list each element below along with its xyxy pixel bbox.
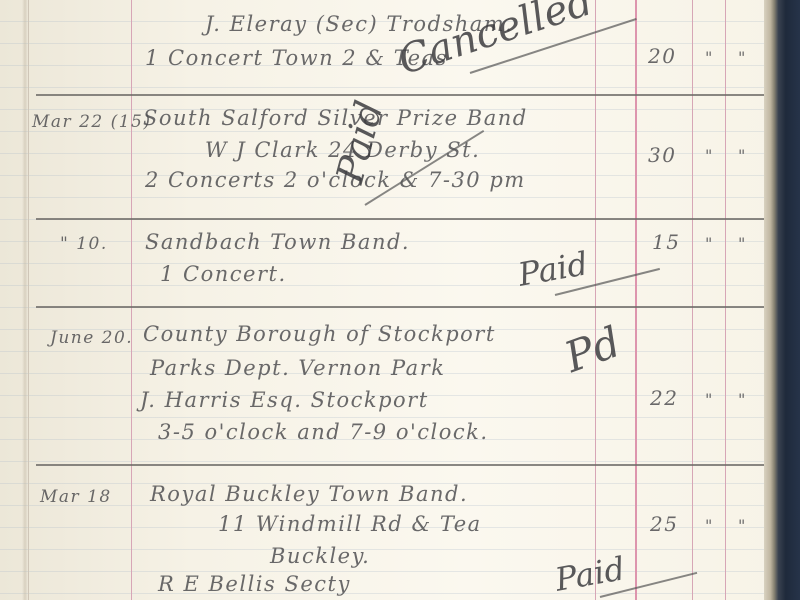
entry-line: J. Harris Esq. Stockport bbox=[140, 388, 429, 412]
shillings-column-rule bbox=[692, 0, 693, 600]
entry-line: Sandbach Town Band. bbox=[145, 230, 410, 254]
amount-pence-ditto: " bbox=[738, 48, 745, 67]
book-binding bbox=[764, 0, 800, 600]
entry-date: Mar 22 (15) bbox=[32, 112, 152, 132]
date-margin-rule bbox=[131, 0, 132, 600]
entry-divider bbox=[36, 464, 771, 466]
ledger-page: J. Eleray (Sec) Trodsham. 1 Concert Town… bbox=[0, 0, 780, 600]
amount-pence-ditto: " bbox=[738, 390, 745, 409]
entry-divider bbox=[36, 94, 771, 96]
amount-column-rule bbox=[595, 0, 596, 600]
entry-date: Mar 18 bbox=[40, 487, 112, 507]
pounds-column-rule bbox=[635, 0, 637, 600]
entry-date: " 10. bbox=[60, 234, 108, 254]
pence-column-rule bbox=[725, 0, 726, 600]
entry-line: 11 Windmill Rd & Tea bbox=[218, 512, 482, 536]
amount-pounds: 15 bbox=[652, 230, 680, 254]
entry-line: Buckley. bbox=[270, 544, 370, 568]
amount-shillings-ditto: " bbox=[705, 234, 712, 253]
paid-annotation: Paid bbox=[515, 244, 590, 294]
entry-line: South Salford Silver Prize Band bbox=[143, 106, 528, 130]
amount-pounds: 30 bbox=[648, 143, 676, 167]
entry-line: Royal Buckley Town Band. bbox=[150, 482, 468, 506]
amount-shillings-ditto: " bbox=[705, 146, 712, 165]
amount-pounds: 25 bbox=[650, 512, 678, 536]
entry-divider bbox=[36, 218, 771, 220]
amount-shillings-ditto: " bbox=[705, 48, 712, 67]
entry-line: Parks Dept. Vernon Park bbox=[150, 356, 445, 380]
amount-pence-ditto: " bbox=[738, 146, 745, 165]
entry-line: County Borough of Stockport bbox=[143, 322, 496, 346]
amount-shillings-ditto: " bbox=[705, 390, 712, 409]
paid-annotation: Pd bbox=[558, 317, 627, 382]
entry-date: June 20. bbox=[50, 328, 133, 348]
entry-divider bbox=[36, 306, 771, 308]
amount-pence-ditto: " bbox=[738, 516, 745, 535]
left-rule bbox=[28, 0, 29, 600]
amount-shillings-ditto: " bbox=[705, 516, 712, 535]
amount-pounds: 22 bbox=[650, 386, 678, 410]
amount-pence-ditto: " bbox=[738, 234, 745, 253]
entry-line: R E Bellis Secty bbox=[158, 572, 351, 596]
amount-pounds: 20 bbox=[648, 44, 676, 68]
entry-line: 3-5 o'clock and 7-9 o'clock. bbox=[158, 420, 489, 444]
entry-line: 1 Concert. bbox=[160, 262, 287, 286]
